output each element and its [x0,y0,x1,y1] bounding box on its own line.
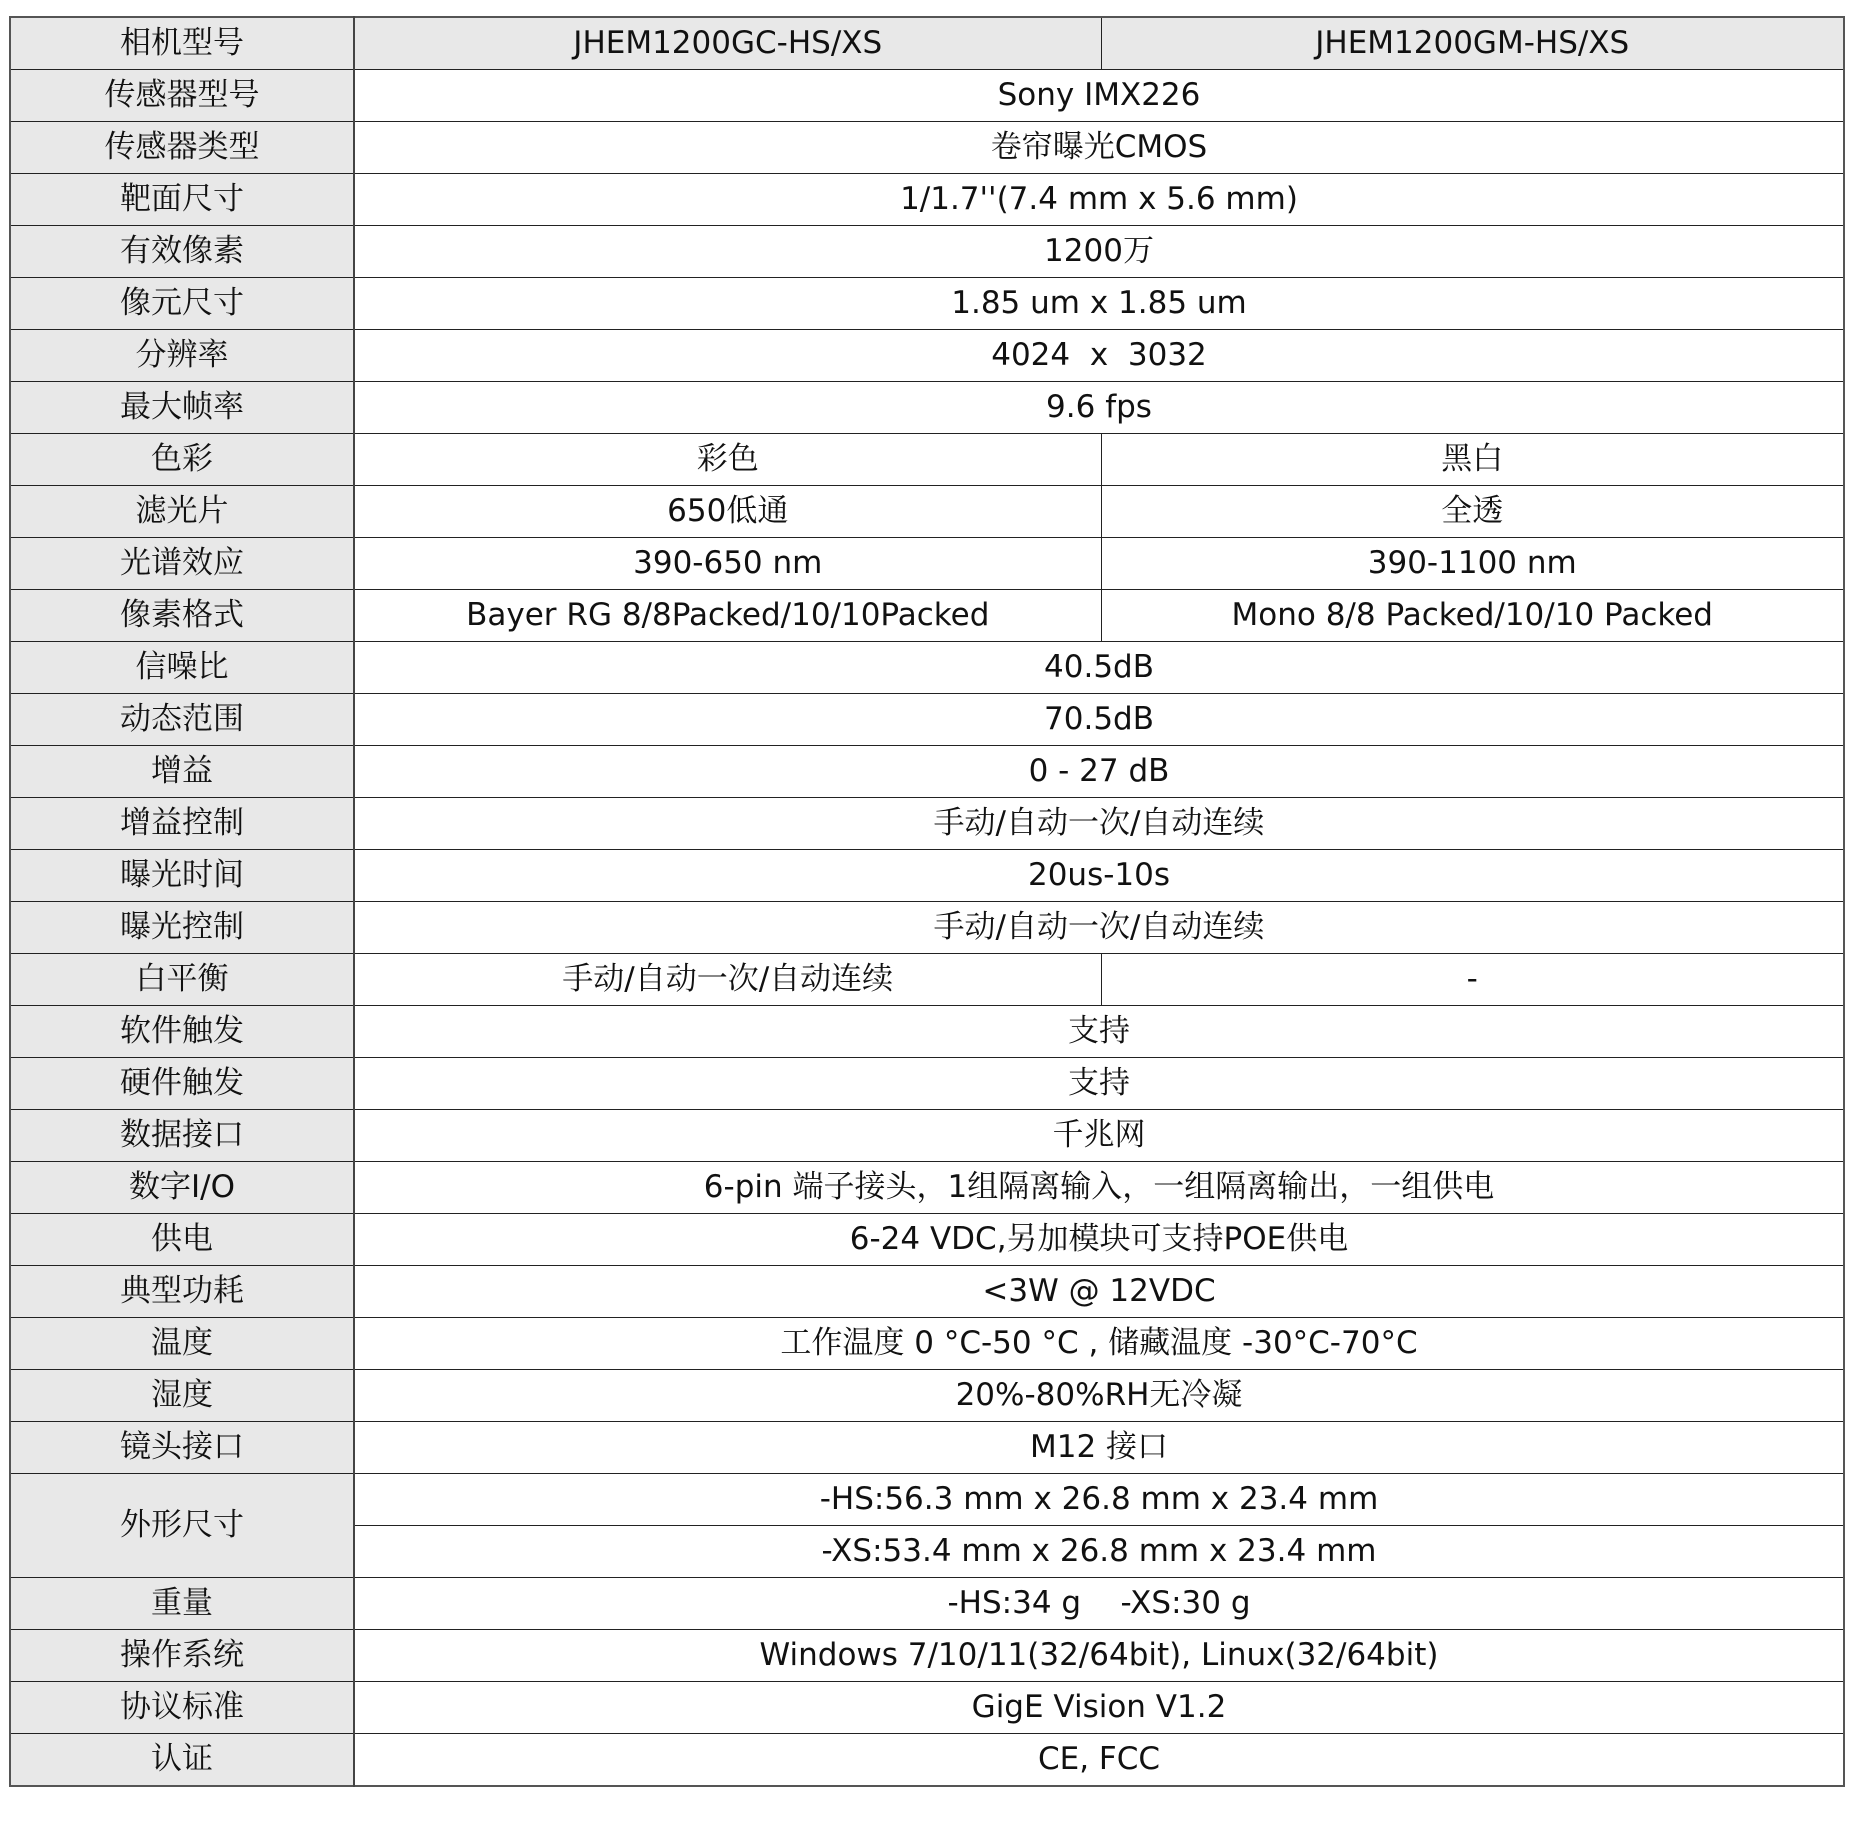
row-value: 9.6 fps [354,382,1844,434]
row-value-xs: -XS:53.4 mm x 26.8 mm x 23.4 mm [354,1526,1844,1578]
row-value: M12 接口 [354,1422,1844,1474]
table-row-power-consumption: 典型功耗 <3W @ 12VDC [10,1266,1844,1318]
row-value: 千兆网 [354,1110,1844,1162]
row-label: 镜头接口 [10,1422,354,1474]
row-value-gm: - [1101,954,1844,1006]
row-label: 数字I/O [10,1162,354,1214]
row-value-hs: -HS:56.3 mm x 26.8 mm x 23.4 mm [354,1474,1844,1526]
table-row-dynamic-range: 动态范围 70.5dB [10,694,1844,746]
table-row-snr: 信噪比 40.5dB [10,642,1844,694]
row-value: 手动/自动一次/自动连续 [354,902,1844,954]
row-value: 支持 [354,1006,1844,1058]
table-row-sensor-size: 靶面尺寸 1/1.7''(7.4 mm x 5.6 mm) [10,174,1844,226]
row-value-gm: Mono 8/8 Packed/10/10 Packed [1101,590,1844,642]
camera-spec-table: 相机型号 JHEM1200GC-HS/XS JHEM1200GM-HS/XS 传… [9,16,1845,1787]
row-label: 分辨率 [10,330,354,382]
row-value-gc: 390-650 nm [354,538,1101,590]
row-label: 重量 [10,1578,354,1630]
table-row-certification: 认证 CE, FCC [10,1734,1844,1787]
table-row-hardware-trigger: 硬件触发 支持 [10,1058,1844,1110]
row-value: 6-24 VDC,另加模块可支持POE供电 [354,1214,1844,1266]
row-label: 传感器类型 [10,122,354,174]
row-value: -HS:34 g -XS:30 g [354,1578,1844,1630]
row-label: 温度 [10,1318,354,1370]
row-label: 有效像素 [10,226,354,278]
table-row-sensor-type: 传感器类型 卷帘曝光CMOS [10,122,1844,174]
row-value: <3W @ 12VDC [354,1266,1844,1318]
table-row-exposure-control: 曝光控制 手动/自动一次/自动连续 [10,902,1844,954]
row-value-gm: 390-1100 nm [1101,538,1844,590]
row-label: 供电 [10,1214,354,1266]
row-value: 支持 [354,1058,1844,1110]
table-row-power-supply: 供电 6-24 VDC,另加模块可支持POE供电 [10,1214,1844,1266]
row-value: 1.85 um x 1.85 um [354,278,1844,330]
row-value-gc: 650低通 [354,486,1101,538]
row-value: 卷帘曝光CMOS [354,122,1844,174]
row-label: 协议标准 [10,1682,354,1734]
table-row-exposure-time: 曝光时间 20us-10s [10,850,1844,902]
row-label: 动态范围 [10,694,354,746]
header-label-camera-model: 相机型号 [10,17,354,70]
table-row-data-interface: 数据接口 千兆网 [10,1110,1844,1162]
table-row-dimensions-hs: 外形尺寸 -HS:56.3 mm x 26.8 mm x 23.4 mm [10,1474,1844,1526]
table-row-resolution: 分辨率 4024 x 3032 [10,330,1844,382]
row-value: 1200万 [354,226,1844,278]
row-value-gc: Bayer RG 8/8Packed/10/10Packed [354,590,1101,642]
table-row-software-trigger: 软件触发 支持 [10,1006,1844,1058]
row-label: 曝光控制 [10,902,354,954]
row-label: 传感器型号 [10,70,354,122]
row-value-gc: 彩色 [354,434,1101,486]
table-row-pixel-size: 像元尺寸 1.85 um x 1.85 um [10,278,1844,330]
table-row-white-balance: 白平衡 手动/自动一次/自动连续 - [10,954,1844,1006]
header-model-gm: JHEM1200GM-HS/XS [1101,17,1844,70]
row-label: 光谱效应 [10,538,354,590]
table-row-weight: 重量 -HS:34 g -XS:30 g [10,1578,1844,1630]
row-label: 像元尺寸 [10,278,354,330]
table-row-filter: 滤光片 650低通 全透 [10,486,1844,538]
row-label: 典型功耗 [10,1266,354,1318]
row-value: 手动/自动一次/自动连续 [354,798,1844,850]
row-label: 增益 [10,746,354,798]
table-row-digital-io: 数字I/O 6-pin 端子接头，1组隔离输入，一组隔离输出，一组供电 [10,1162,1844,1214]
row-value: Sony IMX226 [354,70,1844,122]
row-value: CE, FCC [354,1734,1844,1787]
row-label: 增益控制 [10,798,354,850]
row-value: 70.5dB [354,694,1844,746]
row-value-gm: 全透 [1101,486,1844,538]
table-row-operating-system: 操作系统 Windows 7/10/11(32/64bit), Linux(32… [10,1630,1844,1682]
row-label: 数据接口 [10,1110,354,1162]
row-label: 湿度 [10,1370,354,1422]
row-label: 最大帧率 [10,382,354,434]
row-value: 6-pin 端子接头，1组隔离输入，一组隔离输出，一组供电 [354,1162,1844,1214]
table-row-max-frame-rate: 最大帧率 9.6 fps [10,382,1844,434]
row-value: GigE Vision V1.2 [354,1682,1844,1734]
table-row-spectral-response: 光谱效应 390-650 nm 390-1100 nm [10,538,1844,590]
row-label: 外形尺寸 [10,1474,354,1578]
row-value-gm: 黑白 [1101,434,1844,486]
row-value: 1/1.7''(7.4 mm x 5.6 mm) [354,174,1844,226]
row-label: 硬件触发 [10,1058,354,1110]
row-label: 信噪比 [10,642,354,694]
row-label: 操作系统 [10,1630,354,1682]
row-value: 20%-80%RH无冷凝 [354,1370,1844,1422]
header-model-gc: JHEM1200GC-HS/XS [354,17,1101,70]
table-row-gain-control: 增益控制 手动/自动一次/自动连续 [10,798,1844,850]
row-value: 20us-10s [354,850,1844,902]
row-value: Windows 7/10/11(32/64bit), Linux(32/64bi… [354,1630,1844,1682]
table-header-row: 相机型号 JHEM1200GC-HS/XS JHEM1200GM-HS/XS [10,17,1844,70]
row-value: 0 - 27 dB [354,746,1844,798]
row-label: 曝光时间 [10,850,354,902]
row-value: 工作温度 0 °C-50 °C , 储藏温度 -30°C-70°C [354,1318,1844,1370]
table-row-gain: 增益 0 - 27 dB [10,746,1844,798]
table-row-sensor-model: 传感器型号 Sony IMX226 [10,70,1844,122]
table-row-lens-mount: 镜头接口 M12 接口 [10,1422,1844,1474]
table-row-protocol: 协议标准 GigE Vision V1.2 [10,1682,1844,1734]
row-label: 软件触发 [10,1006,354,1058]
row-label: 白平衡 [10,954,354,1006]
table-row-pixel-format: 像素格式 Bayer RG 8/8Packed/10/10Packed Mono… [10,590,1844,642]
row-label: 滤光片 [10,486,354,538]
row-label: 认证 [10,1734,354,1787]
table-row-temperature: 温度 工作温度 0 °C-50 °C , 储藏温度 -30°C-70°C [10,1318,1844,1370]
table-row-humidity: 湿度 20%-80%RH无冷凝 [10,1370,1844,1422]
row-value: 4024 x 3032 [354,330,1844,382]
row-label: 靶面尺寸 [10,174,354,226]
row-value-gc: 手动/自动一次/自动连续 [354,954,1101,1006]
table-row-effective-pixels: 有效像素 1200万 [10,226,1844,278]
row-label: 色彩 [10,434,354,486]
row-value: 40.5dB [354,642,1844,694]
table-row-color: 色彩 彩色 黑白 [10,434,1844,486]
row-label: 像素格式 [10,590,354,642]
